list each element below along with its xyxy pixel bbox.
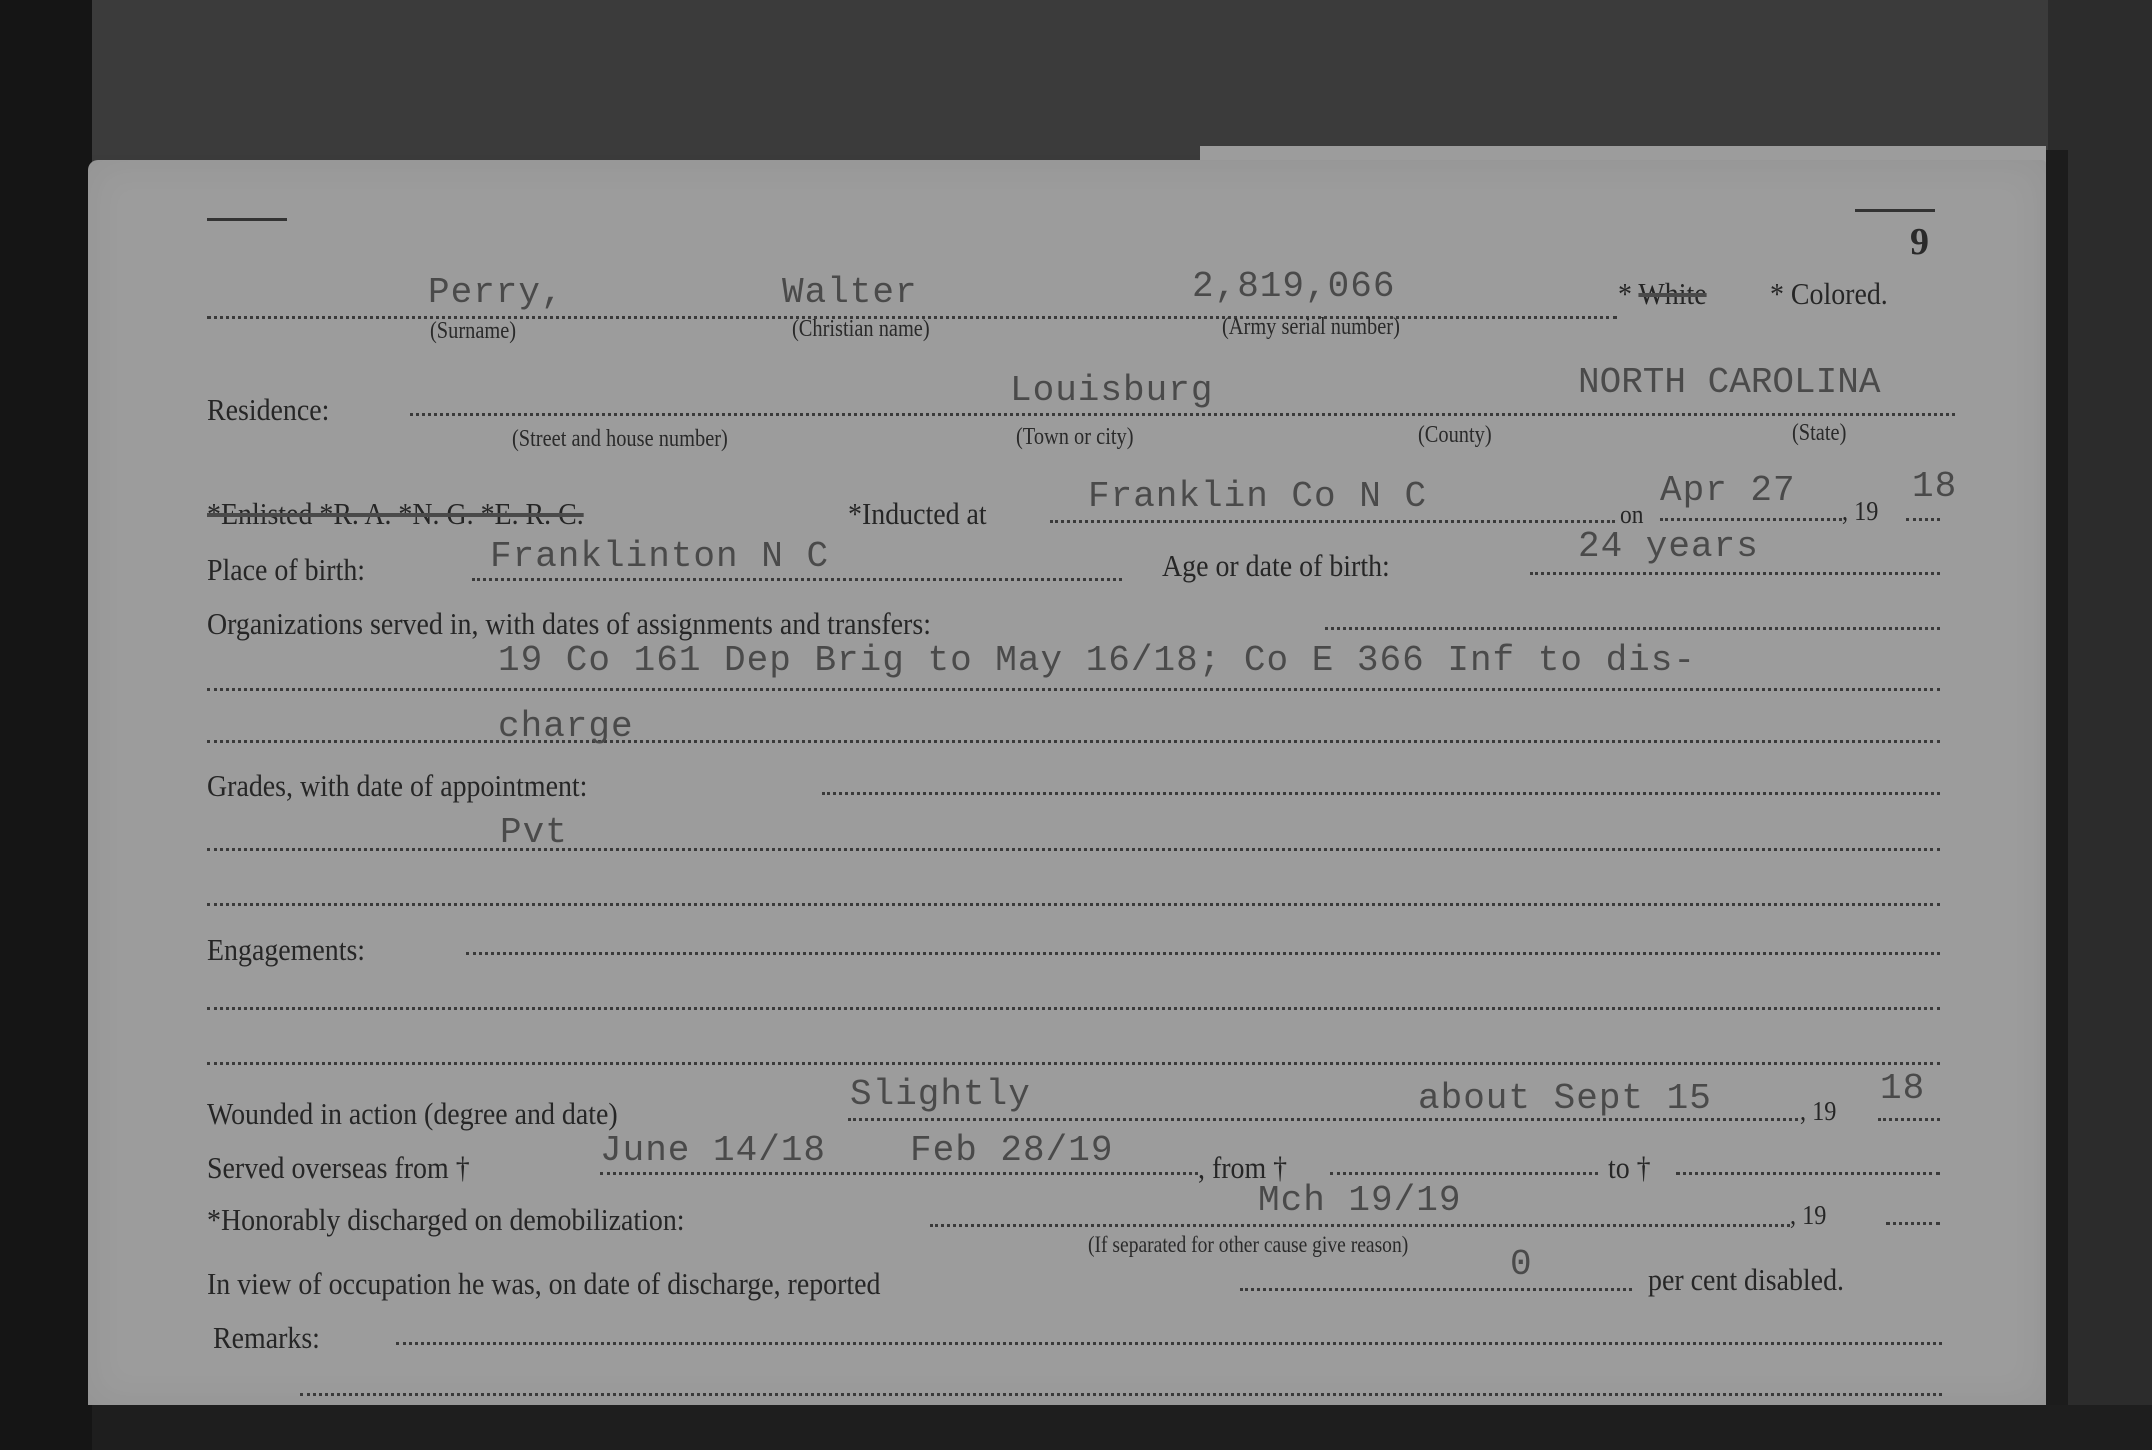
wounded-year-value: 18 (1880, 1068, 1925, 1109)
overseas-to-2-label: to † (1608, 1150, 1651, 1186)
top-left-dash (207, 218, 287, 221)
disability-percent-value: 0 (1510, 1244, 1533, 1285)
serial-number-label: (Army serial number) (1222, 314, 1400, 341)
organizations-label-line (1325, 627, 1940, 630)
residence-label: Residence: (207, 392, 329, 428)
organizations-entry-1: 19 Co 161 Dep Brig to May 16/18; Co E 36… (498, 640, 1696, 681)
wounded-year-line (1878, 1118, 1940, 1121)
place-of-birth-label: Place of birth: (207, 552, 365, 588)
discharge-year-prefix: , 19 (1790, 1200, 1826, 1231)
surname-label: (Surname) (430, 318, 516, 345)
surname-value: Perry, (428, 272, 564, 313)
wounded-label: Wounded in action (degree and date) (207, 1096, 618, 1132)
grades-line-2 (207, 903, 1940, 906)
serial-number-value: 2,819,066 (1192, 266, 1395, 307)
wounded-degree-value: Slightly (850, 1074, 1031, 1115)
grades-label: Grades, with date of appointment: (207, 768, 587, 804)
disability-label: In view of occupation he was, on date of… (207, 1266, 881, 1302)
christian-name-value: Walter (782, 272, 918, 313)
overseas-to-1-value: Feb 28/19 (910, 1130, 1113, 1171)
residence-line (410, 413, 1955, 416)
engagements-label-line (466, 952, 1940, 955)
honorable-discharge-label: *Honorably discharged on demobilization: (207, 1202, 685, 1238)
christian-name-label: (Christian name) (792, 316, 930, 343)
scan-top-background (92, 0, 2152, 155)
grades-label-line (822, 792, 1940, 795)
engagements-line-1 (207, 1007, 1940, 1010)
induction-year-line (1906, 518, 1940, 521)
scan-bottom-background (92, 1405, 2152, 1450)
remarks-label: Remarks: (213, 1320, 320, 1356)
induction-date-value: Apr 27 (1660, 470, 1796, 511)
served-overseas-label: Served overseas from † (207, 1150, 470, 1186)
page-number: 9 (1910, 220, 1929, 264)
disability-line (1240, 1288, 1632, 1291)
top-right-dash (1855, 209, 1935, 212)
place-of-birth-value: Franklinton N C (490, 536, 829, 577)
engagements-line-2 (207, 1062, 1940, 1065)
age-label: Age or date of birth: (1162, 548, 1390, 584)
organizations-line-1 (207, 688, 1940, 691)
overseas-line-3 (1676, 1172, 1940, 1175)
grades-entry-1: Pvt (500, 812, 568, 853)
residence-town-value: Louisburg (1010, 370, 1213, 411)
discharge-line (930, 1224, 1790, 1227)
card-shadow (2046, 150, 2068, 1410)
inducted-label: *Inducted at (848, 496, 987, 532)
overseas-from-1-value: June 14/18 (600, 1130, 826, 1171)
remarks-line-2 (300, 1393, 1942, 1396)
overseas-line-2 (1330, 1172, 1598, 1175)
engagements-label: Engagements: (207, 932, 365, 968)
inducted-line (1050, 520, 1615, 523)
race-white-option: * White (1618, 276, 1707, 312)
county-label: (County) (1418, 422, 1492, 449)
race-colored-option: * Colored. (1770, 276, 1888, 312)
grades-line-1 (207, 848, 1940, 851)
induction-date-line (1660, 518, 1842, 521)
organizations-entry-2: charge (498, 706, 634, 747)
inducted-at-value: Franklin Co N C (1088, 476, 1427, 517)
street-label: (Street and house number) (512, 426, 728, 453)
place-of-birth-line (472, 578, 1122, 581)
discharge-year-line (1886, 1222, 1940, 1225)
discharge-date-value: Mch 19/19 (1258, 1180, 1461, 1221)
overseas-line-1 (600, 1172, 1198, 1175)
residence-state-value: NORTH CAROLINA (1578, 362, 1880, 403)
discharge-note: (If separated for other cause give reaso… (1088, 1232, 1408, 1258)
state-label: (State) (1792, 420, 1846, 447)
induction-year-value: 18 (1912, 466, 1957, 507)
organizations-label: Organizations served in, with dates of a… (207, 606, 931, 642)
disability-suffix: per cent disabled. (1648, 1262, 1844, 1298)
scan-left-border (0, 0, 92, 1450)
age-value: 24 years (1578, 526, 1759, 567)
wounded-date-value: about Sept 15 (1418, 1078, 1712, 1119)
enlistment-options-struck: *Enlisted *R. A. *N. G. *E. R. C. (207, 496, 584, 532)
organizations-line-2 (207, 740, 1940, 743)
remarks-line (396, 1342, 1942, 1345)
induction-year-prefix: , 19 (1842, 496, 1878, 527)
town-label: (Town or city) (1016, 424, 1134, 451)
age-line (1530, 572, 1940, 575)
wounded-year-prefix: , 19 (1800, 1096, 1836, 1127)
